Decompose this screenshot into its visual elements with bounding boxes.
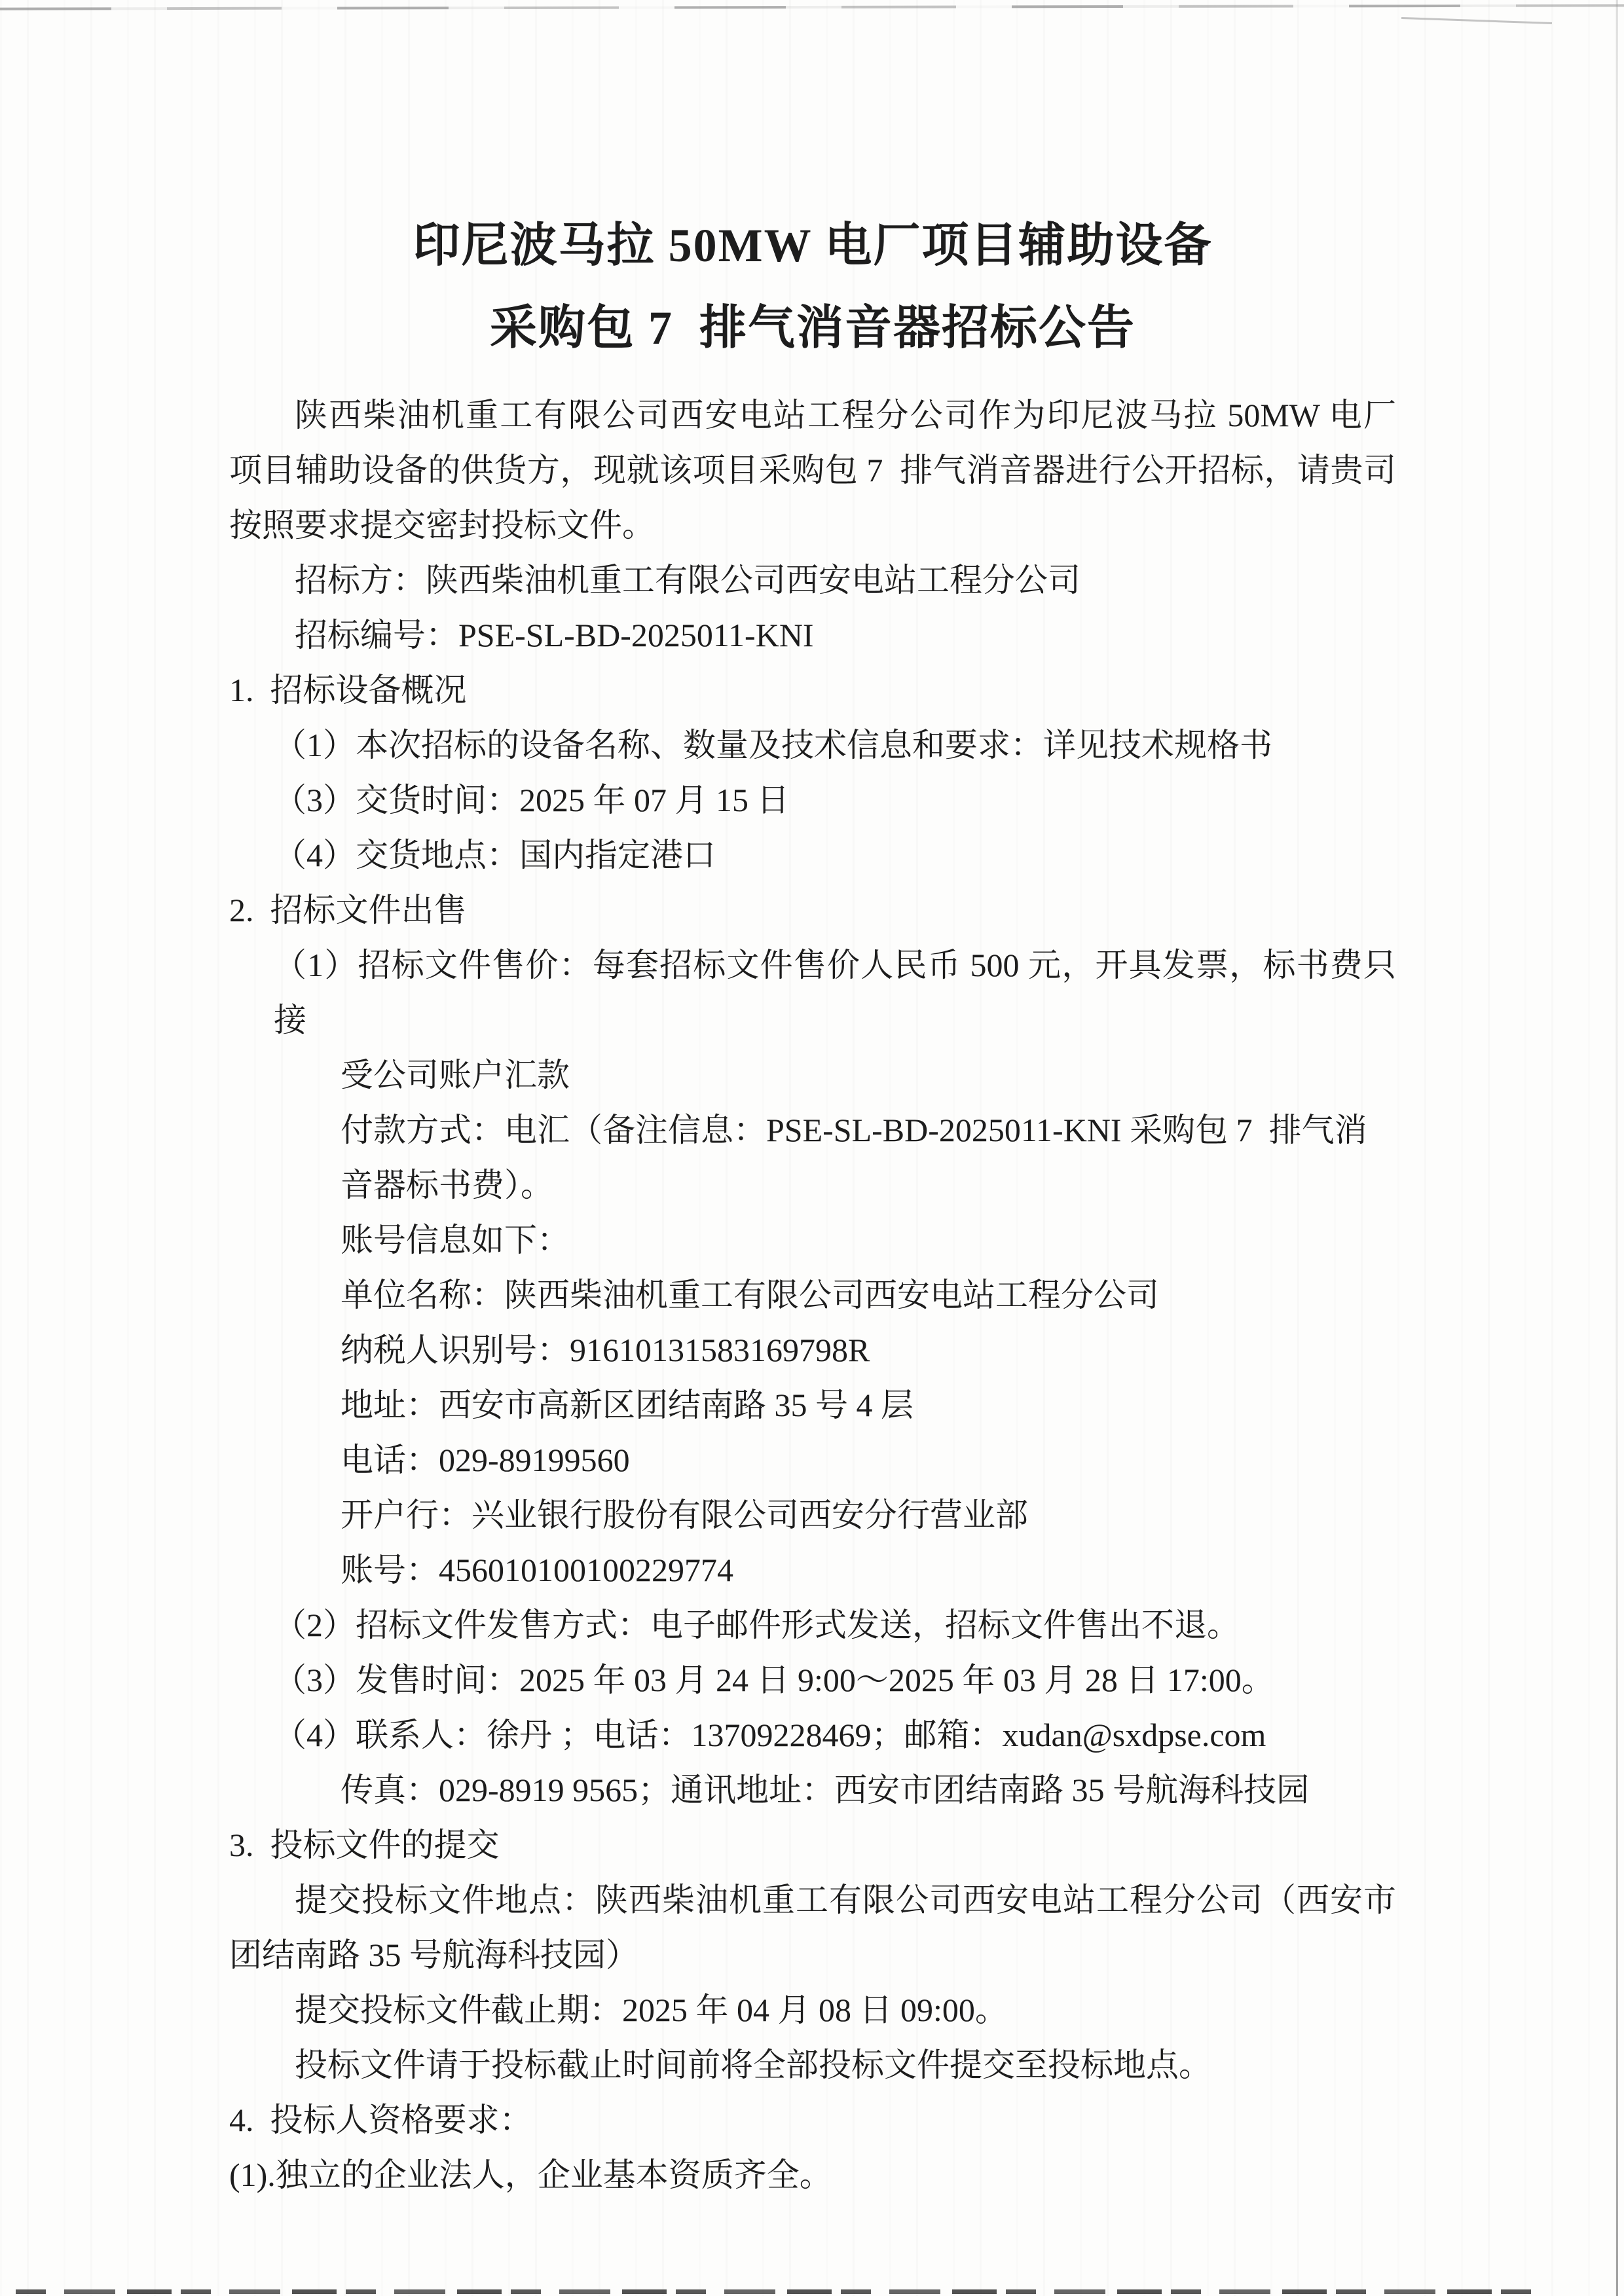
payment-method-line2: 音器标书费）。 [229, 1157, 1396, 1212]
account-name-line: 单位名称：陕西柴油机重工有限公司西安电站工程分公司 [229, 1267, 1396, 1322]
scan-artifact-top-edge [0, 4, 1624, 10]
section2-item4-line1: （4）联系人：徐丹 ；电话：13709228469；邮箱：xudan@sxdps… [229, 1707, 1396, 1762]
section1-heading: 1. 招标设备概况 [229, 663, 1396, 718]
section2-item3: （3）发售时间：2025 年 03 月 24 日 9:00～2025 年 03 … [229, 1652, 1396, 1707]
phone-line: 电话：029-89199560 [229, 1432, 1396, 1487]
fax-line: 传真：029-8919 9565；通讯地址：西安市团结南路 35 号航海科技园 [229, 1762, 1396, 1817]
payment-method-line: 付款方式：电汇（备注信息：PSE-SL-BD-2025011-KNI 采购包 7… [229, 1102, 1396, 1157]
section2-item1-line1: （1）招标文件售价：每套招标文件售价人民币 500 元，开具发票，标书费只接 [229, 938, 1396, 1048]
scan-artifact-right-edge [1616, 0, 1618, 2296]
section2-heading: 2. 招标文件出售 [229, 883, 1396, 938]
scan-artifact-top-tick [1401, 17, 1552, 24]
section4-heading: 4. 投标人资格要求： [229, 2092, 1396, 2147]
bank-line: 开户行：兴业银行股份有限公司西安分行营业部 [229, 1487, 1396, 1542]
section1-item3: （3）交货时间：2025 年 07 月 15 日 [229, 773, 1396, 828]
title-line-1: 印尼波马拉 50MW 电厂项目辅助设备 [229, 204, 1396, 287]
scanned-document-page: 印尼波马拉 50MW 电厂项目辅助设备 采购包 7 排气消音器招标公告 陕西柴油… [0, 0, 1624, 2296]
document-content: 印尼波马拉 50MW 电厂项目辅助设备 采购包 7 排气消音器招标公告 陕西柴油… [229, 204, 1396, 2202]
title-line-2: 采购包 7 排气消音器招标公告 [229, 287, 1396, 369]
intro-line-2: 项目辅助设备的供货方，现就该项目采购包 7 排气消音器进行公开招标，请贵司 [229, 443, 1396, 498]
section2-item2: （2）招标文件发售方式：电子邮件形式发送，招标文件售出不退。 [229, 1597, 1396, 1652]
section3-line3: 提交投标文件截止期：2025 年 04 月 08 日 09:00。 [229, 1982, 1396, 2037]
tender-number-line: 招标编号：PSE-SL-BD-2025011-KNI [229, 608, 1396, 663]
section2-item1-line2: 受公司账户汇款 [229, 1048, 1396, 1102]
scan-artifact-bottom-edge [16, 2289, 1541, 2294]
document-title: 印尼波马拉 50MW 电厂项目辅助设备 采购包 7 排气消音器招标公告 [229, 204, 1396, 369]
address-line: 地址：西安市高新区团结南路 35 号 4 层 [229, 1377, 1396, 1432]
section3-line4: 投标文件请于投标截止时间前将全部投标文件提交至投标地点。 [229, 2037, 1396, 2092]
section3-line2: 团结南路 35 号航海科技园） [229, 1927, 1396, 1982]
section4-item1: (1).独立的企业法人，企业基本资质齐全。 [229, 2147, 1396, 2202]
section1-item1: （1）本次招标的设备名称、数量及技术信息和要求：详见技术规格书 [229, 718, 1396, 773]
section3-line1: 提交投标文件地点：陕西柴油机重工有限公司西安电站工程分公司（西安市 [229, 1872, 1396, 1927]
tender-party-line: 招标方：陕西柴油机重工有限公司西安电站工程分公司 [229, 553, 1396, 608]
section3-heading: 3. 投标文件的提交 [229, 1817, 1396, 1872]
intro-line-1: 陕西柴油机重工有限公司西安电站工程分公司作为印尼波马拉 50MW 电厂 [229, 388, 1396, 443]
tax-id-line: 纳税人识别号：91610131583169798R [229, 1322, 1396, 1377]
account-number-line: 账号：456010100100229774 [229, 1542, 1396, 1597]
intro-line-3: 按照要求提交密封投标文件。 [229, 498, 1396, 553]
document-body: 陕西柴油机重工有限公司西安电站工程分公司作为印尼波马拉 50MW 电厂 项目辅助… [229, 388, 1396, 2202]
account-info-label: 账号信息如下： [229, 1212, 1396, 1267]
section1-item4: （4）交货地点：国内指定港口 [229, 828, 1396, 883]
